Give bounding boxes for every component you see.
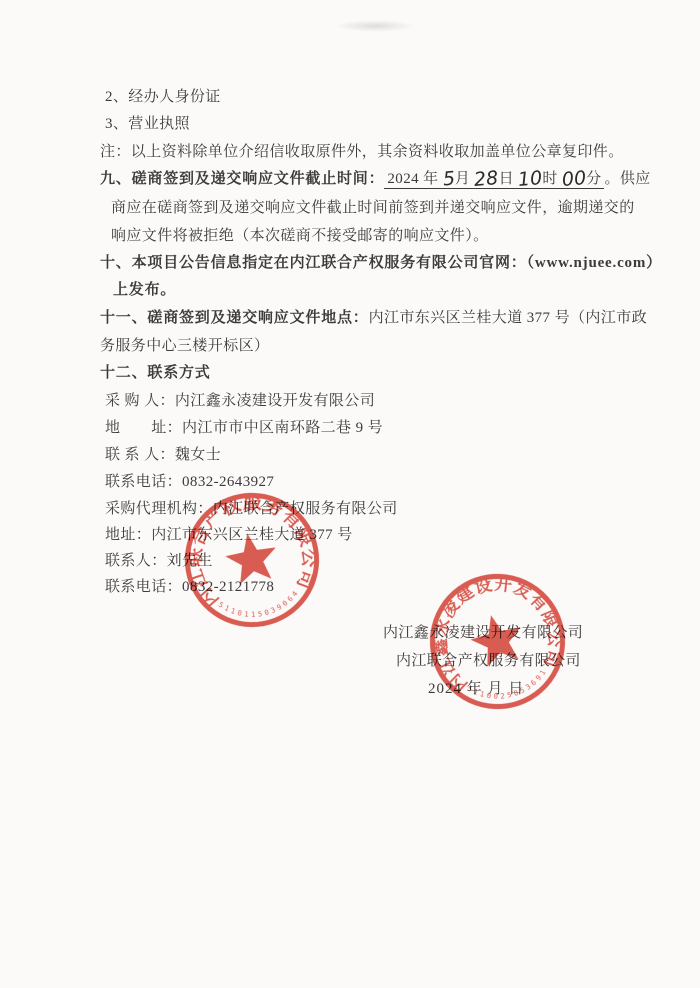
contact-value: 魏女士 — [175, 447, 221, 463]
deadline-hour-unit: 时 — [542, 171, 557, 187]
note-line: 注：以上资料除单位介绍信收取原件外，其余资料收取加盖单位公章复印件。 — [100, 143, 624, 161]
star-icon — [222, 529, 281, 586]
deadline-minute-unit: 分 — [586, 171, 601, 187]
section11-heading: 十一、磋商签到及递交响应文件地点： — [100, 310, 369, 326]
section11-line2: 务服务中心三楼开标区） — [100, 337, 269, 355]
scan-smudge — [335, 20, 415, 32]
purchaser-seal-stamp: 内江鑫永凌建设开发有限公司 5110025053691 — [411, 555, 584, 728]
section10-line1: 十、本项目公告信息指定在内江联合产权服务有限公司官网：（www.njuee.co… — [100, 254, 662, 272]
contact-row-purchaser: 采 购 人：内江鑫永凌建设开发有限公司 — [105, 392, 375, 410]
section11-line1: 十一、磋商签到及递交响应文件地点：内江市东兴区兰桂大道 377 号（内江市政 — [100, 309, 647, 327]
contact-row-purchaser-address: 地 址：内江市市中区南环路二巷 9 号 — [105, 419, 383, 437]
section12-heading: 十二、联系方式 — [100, 364, 211, 382]
deadline-minute-handwritten: 00 — [561, 170, 587, 189]
contact-label: 地 址： — [105, 420, 182, 436]
agency-seal-stamp: 内江联合产权服务有限公司 5110115039064 — [170, 478, 335, 643]
section11-address: 内江市东兴区兰桂大道 377 号（内江市政 — [369, 310, 647, 326]
section9-line2: 商应在磋商签到及递交响应文件截止时间前签到并递交响应文件，逾期递交的 — [111, 199, 635, 217]
contact-label: 采 购 人： — [105, 393, 175, 409]
contact-value: 内江鑫永凌建设开发有限公司 — [175, 393, 375, 409]
deadline-day-handwritten: 28 — [474, 170, 500, 189]
deadline-month-handwritten: 5 — [442, 171, 456, 189]
contact-label: 联系电话： — [105, 579, 182, 595]
star-icon — [466, 609, 528, 669]
deadline-year: 2024 年 — [387, 171, 438, 187]
section10-line2: 上发布。 — [113, 281, 176, 299]
contact-row-purchaser-contact: 联 系 人：魏女士 — [105, 446, 221, 464]
section9-after-date: 。供应 — [604, 171, 650, 187]
deadline-day-unit: 日 — [499, 171, 514, 187]
contact-label: 联系人： — [105, 553, 167, 569]
contact-label: 地址： — [105, 527, 151, 543]
section9-line3: 响应文件将被拒绝（本次磋商不接受邮寄的响应文件）。 — [111, 227, 489, 245]
section9-heading: 九、磋商签到及递交响应文件截止时间： — [100, 171, 384, 187]
contact-label: 联系电话： — [105, 474, 182, 490]
contact-label: 联 系 人： — [105, 447, 175, 463]
list-item-3: 3、营业执照 — [105, 115, 190, 133]
deadline-hour-handwritten: 10 — [517, 170, 543, 189]
section9-deadline: 2024 年 5月 28日 10时 00分 — [384, 171, 604, 189]
contact-value: 内江市市中区南环路二巷 9 号 — [182, 420, 383, 436]
deadline-month-unit: 月 — [455, 171, 470, 187]
scanned-document-page: 2、经办人身份证 3、营业执照 注：以上资料除单位介绍信收取原件外，其余资料收取… — [0, 0, 700, 988]
list-item-2: 2、经办人身份证 — [105, 88, 221, 106]
section9-line1: 九、磋商签到及递交响应文件截止时间：2024 年 5月 28日 10时 00分。… — [100, 170, 651, 188]
